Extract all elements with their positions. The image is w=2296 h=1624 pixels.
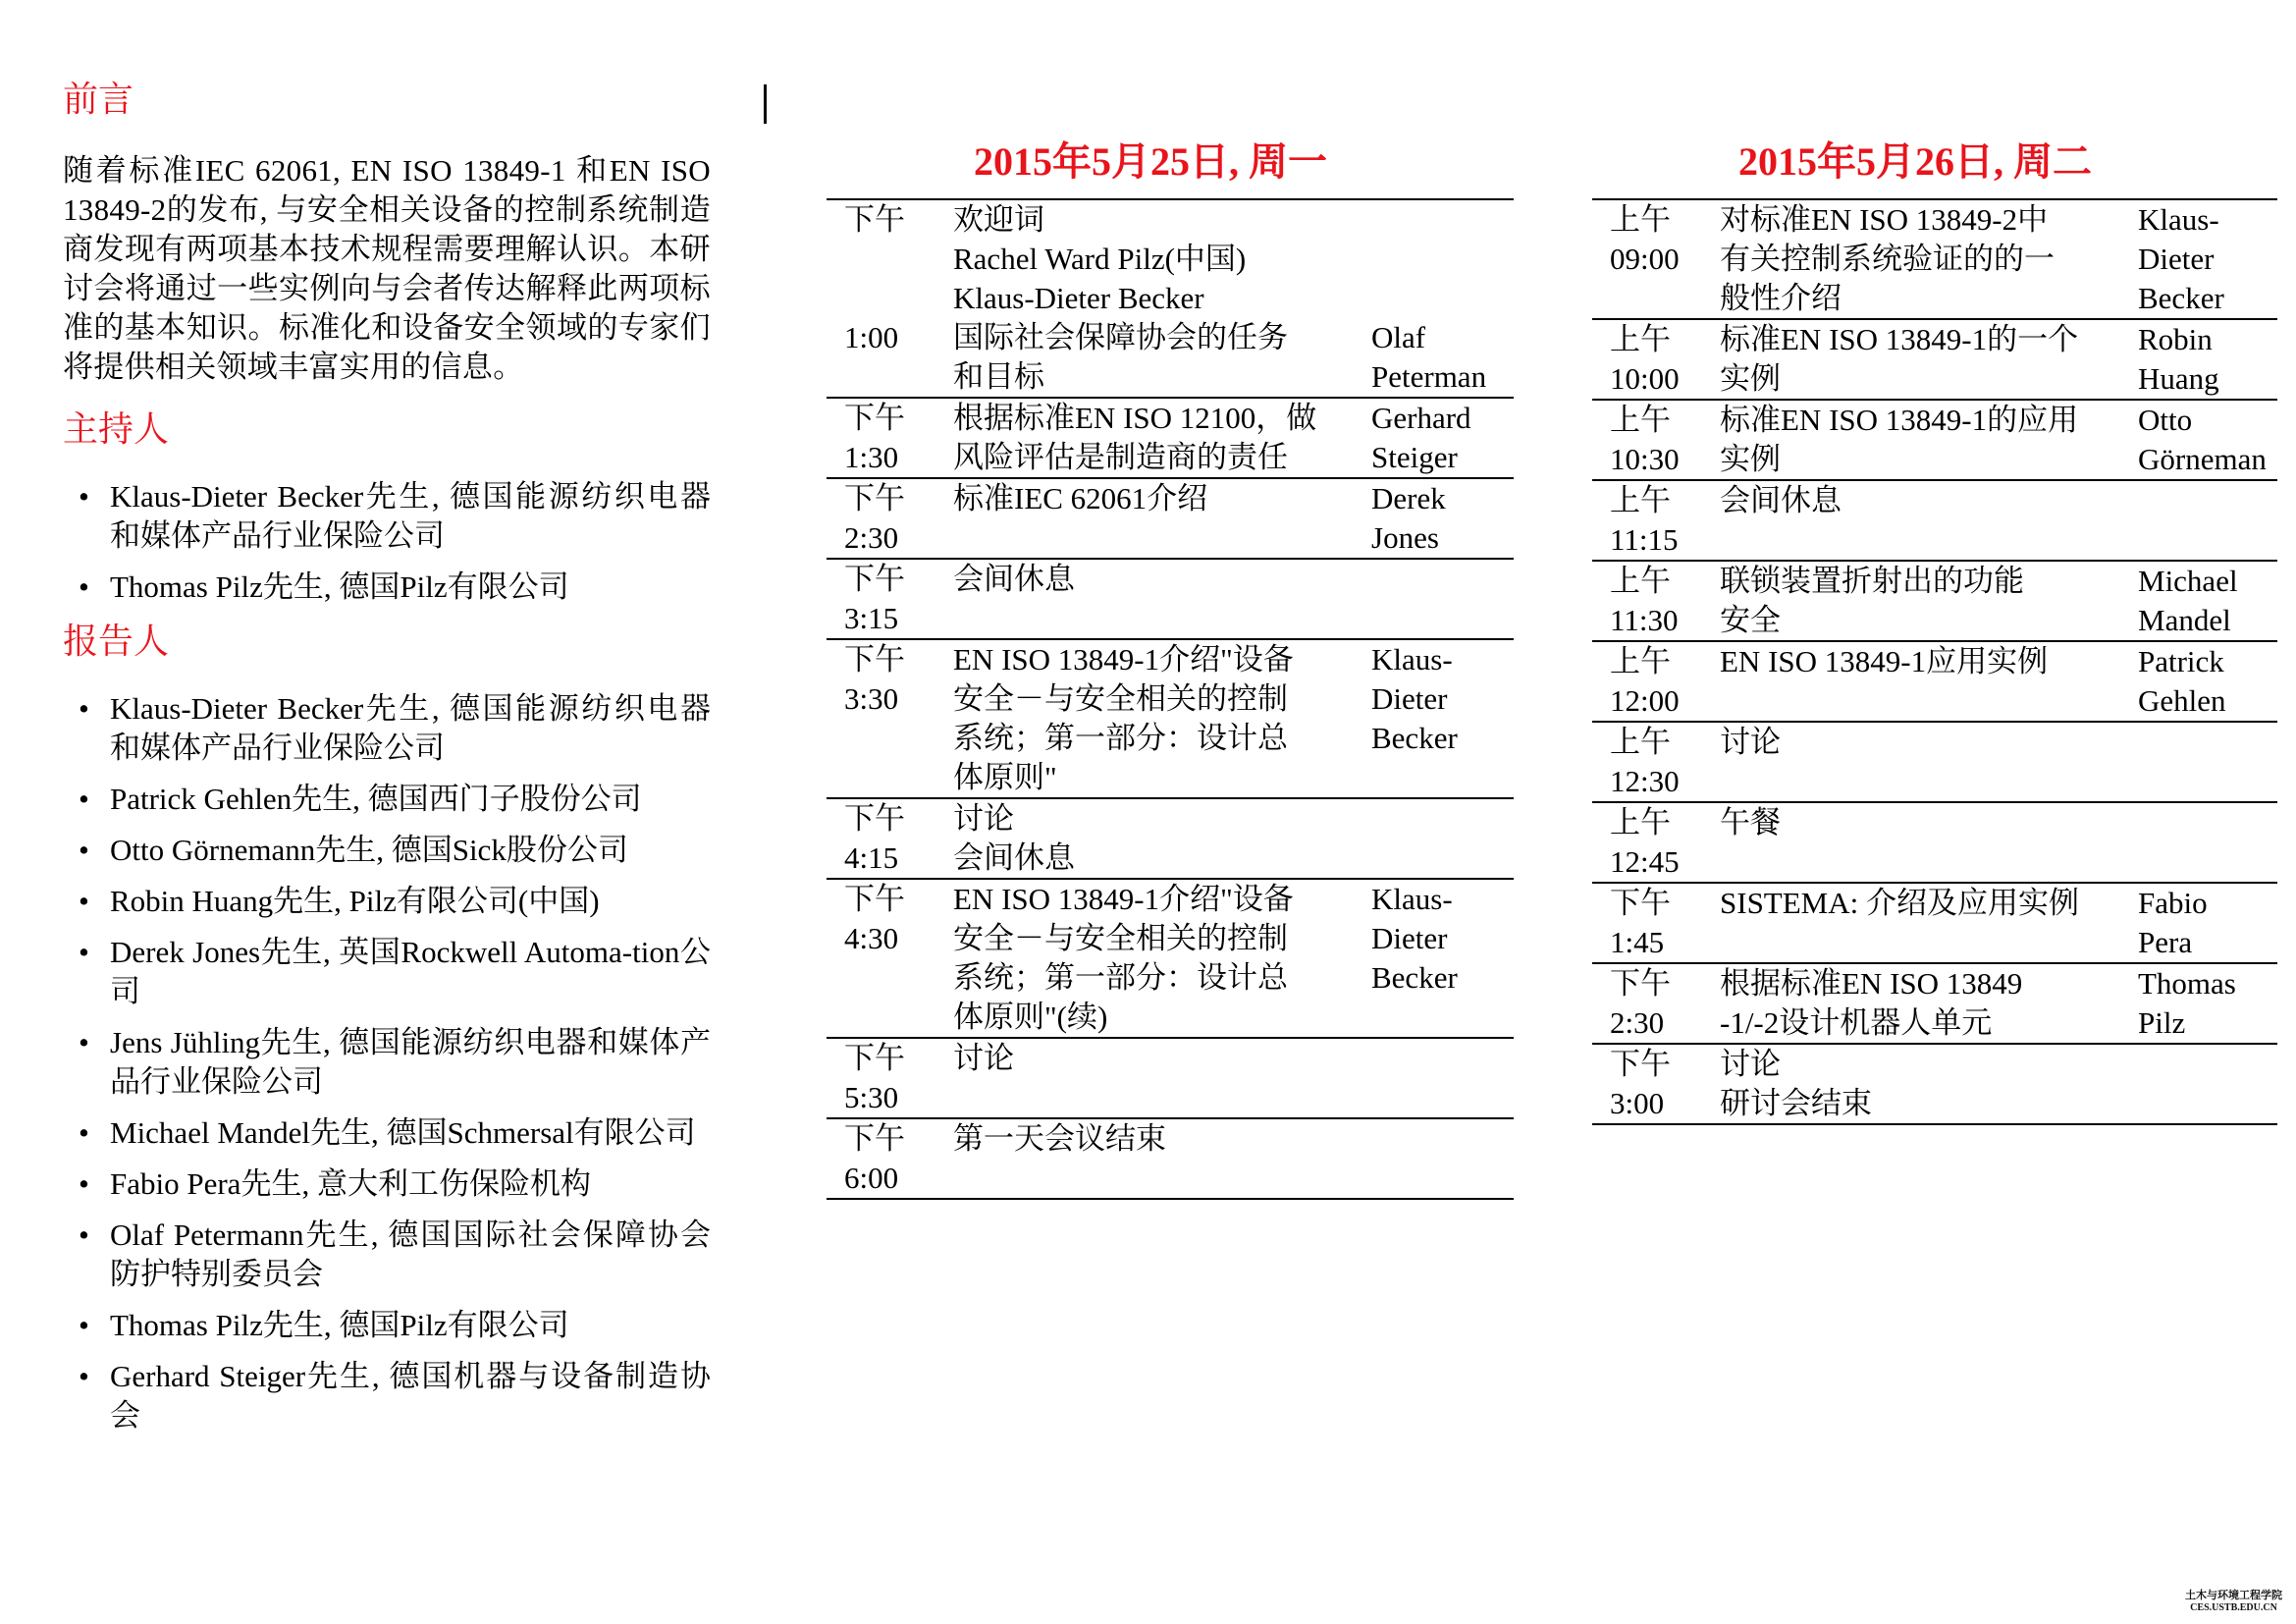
topic-cell: 根据标准EN ISO 12100，做 风险评估是制造商的责任 [953,399,1371,477]
time-cell: 下午 1:00 [827,200,953,397]
table-row: 上午 12:45 午餐 [1592,803,2277,884]
watermark-school: 土木与环境工程学院 [2185,1589,2282,1602]
topic-cell: 午餐 [1720,803,2138,882]
speaker-cell [1371,1119,1514,1198]
list-item: Olaf Petermann先生, 德国国际社会保障协会防护特别委员会 [63,1216,711,1294]
table-row: 下午 2:30 根据标准EN ISO 13849 -1/-2设计机器人单元 Th… [1592,964,2277,1045]
table-row: 下午 4:30 EN ISO 13849-1介绍"设备 安全－与安全相关的控制 … [827,880,1514,1039]
list-item: Thomas Pilz先生, 德国Pilz有限公司 [63,1306,711,1345]
list-item: Robin Huang先生, Pilz有限公司(中国) [63,882,711,921]
time-cell: 下午 4:15 [827,799,953,878]
topic-cell: 欢迎词 Rachel Ward Pilz(中国) Klaus-Dieter Be… [953,200,1371,397]
schedule-day1: 2015年5月25日, 周一 下午 1:00 欢迎词 Rachel Ward P… [827,137,1514,1200]
topic-cell: SISTEMA: 介绍及应用实例 [1720,884,2138,962]
list-item: Derek Jones先生, 英国Rockwell Automa-tion公司 [63,933,711,1011]
day1-title: 2015年5月25日, 周一 [827,137,1514,198]
topic-cell: 讨论 [1720,723,2138,801]
speaker-cell: Fabio Pera [2138,884,2277,962]
watermark-url: CES.USTB.EDU.CN [2185,1602,2282,1614]
schedule-day2: 2015年5月26日, 周二 上午 09:00 对标准EN ISO 13849-… [1592,137,2277,1125]
topic-cell: EN ISO 13849-1介绍"设备 安全－与安全相关的控制 系统；第一部分：… [953,880,1371,1037]
speaker-cell [1371,799,1514,878]
table-row: 上午 12:00 EN ISO 13849-1应用实例 Patrick Gehl… [1592,642,2277,723]
list-item: Jens Jühling先生, 德国能源纺织电器和媒体产品行业保险公司 [63,1023,711,1102]
time-cell: 下午 6:00 [827,1119,953,1198]
topic-cell: 讨论 会间休息 [953,799,1371,878]
time-cell: 下午 3:00 [1592,1045,1720,1123]
speaker-cell: Gerhard Steiger [1371,399,1514,477]
speaker-cell [1371,560,1514,638]
table-row: 上午 11:15 会间休息 [1592,481,2277,562]
table-row: 下午 3:15 会间休息 [827,560,1514,640]
table-row: 下午 1:00 欢迎词 Rachel Ward Pilz(中国) Klaus-D… [827,200,1514,399]
speaker-cell: Klaus- Dieter Becker [1371,640,1514,797]
speaker-cell: Klaus- Dieter Becker [1371,880,1514,1037]
topic-cell: 对标准EN ISO 13849-2中 有关控制系统验证的的一 般性介绍 [1720,200,2138,318]
time-cell: 上午 11:15 [1592,481,1720,560]
day2-table: 上午 09:00 对标准EN ISO 13849-2中 有关控制系统验证的的一 … [1592,198,2277,1125]
speakers-list: Klaus-Dieter Becker先生, 德国能源纺织电器和媒体产品行业保险… [63,689,711,1435]
topic-cell: 讨论 [953,1039,1371,1117]
time-cell: 下午 4:30 [827,880,953,1037]
list-item: Thomas Pilz先生, 德国Pilz有限公司 [63,568,711,607]
time-cell: 上午 12:30 [1592,723,1720,801]
table-row: 下午 1:45 SISTEMA: 介绍及应用实例 Fabio Pera [1592,884,2277,964]
list-item: Klaus-Dieter Becker先生, 德国能源纺织电器和媒体产品行业保险… [63,477,711,556]
table-row: 上午 12:30 讨论 [1592,723,2277,803]
topic-cell: 根据标准EN ISO 13849 -1/-2设计机器人单元 [1720,964,2138,1043]
speaker-cell [1371,1039,1514,1117]
table-row: 下午 2:30 标准IEC 62061介绍 Derek Jones [827,479,1514,560]
topic-cell: 第一天会议结束 [953,1119,1371,1198]
topic-cell: 会间休息 [953,560,1371,638]
speakers-heading: 报告人 [63,621,711,664]
speaker-cell: Klaus- Dieter Becker [2138,200,2277,318]
table-row: 上午 10:00 标准EN ISO 13849-1的一个 实例 Robin Hu… [1592,320,2277,401]
topic-cell: EN ISO 13849-1应用实例 [1720,642,2138,721]
hosts-list: Klaus-Dieter Becker先生, 德国能源纺织电器和媒体产品行业保险… [63,477,711,607]
topic-cell: 标准EN ISO 13849-1的应用 实例 [1720,401,2138,479]
speaker-cell: Otto Görneman [2138,401,2277,479]
time-cell: 下午 5:30 [827,1039,953,1117]
day2-title: 2015年5月26日, 周二 [1592,137,2277,198]
table-row: 下午 1:30 根据标准EN ISO 12100，做 风险评估是制造商的责任 G… [827,399,1514,479]
time-cell: 上午 12:45 [1592,803,1720,882]
table-row: 上午 10:30 标准EN ISO 13849-1的应用 实例 Otto Gör… [1592,401,2277,481]
topic-cell: 标准EN ISO 13849-1的一个 实例 [1720,320,2138,399]
left-column: 前言 随着标准IEC 62061, EN ISO 13849-1 和EN ISO… [63,79,711,1447]
time-cell: 上午 09:00 [1592,200,1720,318]
foreword-text: 随着标准IEC 62061, EN ISO 13849-1 和EN ISO 13… [63,151,711,387]
time-cell: 下午 2:30 [827,479,953,558]
time-cell: 下午 2:30 [1592,964,1720,1043]
table-row: 上午 09:00 对标准EN ISO 13849-2中 有关控制系统验证的的一 … [1592,200,2277,320]
speaker-cell [2138,723,2277,801]
day1-table: 下午 1:00 欢迎词 Rachel Ward Pilz(中国) Klaus-D… [827,198,1514,1200]
time-cell: 上午 11:30 [1592,562,1720,640]
time-cell: 下午 3:15 [827,560,953,638]
list-item: Gerhard Steiger先生, 德国机器与设备制造协会 [63,1357,711,1435]
speaker-cell: Robin Huang [2138,320,2277,399]
speaker-cell [2138,481,2277,560]
speaker-cell: Thomas Pilz [2138,964,2277,1043]
table-row: 下午 3:30 EN ISO 13849-1介绍"设备 安全－与安全相关的控制 … [827,640,1514,799]
column-divider [764,84,767,124]
topic-cell: 标准IEC 62061介绍 [953,479,1371,558]
watermark: 土木与环境工程学院 CES.USTB.EDU.CN [2185,1589,2282,1614]
time-cell: 下午 3:30 [827,640,953,797]
list-item: Otto Görnemann先生, 德国Sick股份公司 [63,831,711,870]
speaker-cell: Derek Jones [1371,479,1514,558]
time-cell: 上午 10:00 [1592,320,1720,399]
table-row: 下午 3:00 讨论 研讨会结束 [1592,1045,2277,1125]
table-row: 上午 11:30 联锁装置折射出的功能 安全 Michael Mandel [1592,562,2277,642]
list-item: Klaus-Dieter Becker先生, 德国能源纺织电器和媒体产品行业保险… [63,689,711,768]
topic-cell: 联锁装置折射出的功能 安全 [1720,562,2138,640]
list-item: Michael Mandel先生, 德国Schmersal有限公司 [63,1113,711,1153]
table-row: 下午 4:15 讨论 会间休息 [827,799,1514,880]
speaker-cell: Olaf Peterman [1371,200,1514,397]
time-cell: 下午 1:45 [1592,884,1720,962]
topic-cell: 讨论 研讨会结束 [1720,1045,2138,1123]
list-item: Patrick Gehlen先生, 德国西门子股份公司 [63,780,711,819]
topic-cell: 会间休息 [1720,481,2138,560]
speaker-cell: Michael Mandel [2138,562,2277,640]
time-cell: 下午 1:30 [827,399,953,477]
time-cell: 上午 10:30 [1592,401,1720,479]
foreword-heading: 前言 [63,79,711,122]
topic-cell: EN ISO 13849-1介绍"设备 安全－与安全相关的控制 系统；第一部分：… [953,640,1371,797]
speaker-cell [2138,803,2277,882]
hosts-heading: 主持人 [63,408,711,452]
time-cell: 上午 12:00 [1592,642,1720,721]
speaker-cell: Patrick Gehlen [2138,642,2277,721]
table-row: 下午 5:30 讨论 [827,1039,1514,1119]
list-item: Fabio Pera先生, 意大利工伤保险机构 [63,1164,711,1204]
table-row: 下午 6:00 第一天会议结束 [827,1119,1514,1200]
speaker-cell [2138,1045,2277,1123]
